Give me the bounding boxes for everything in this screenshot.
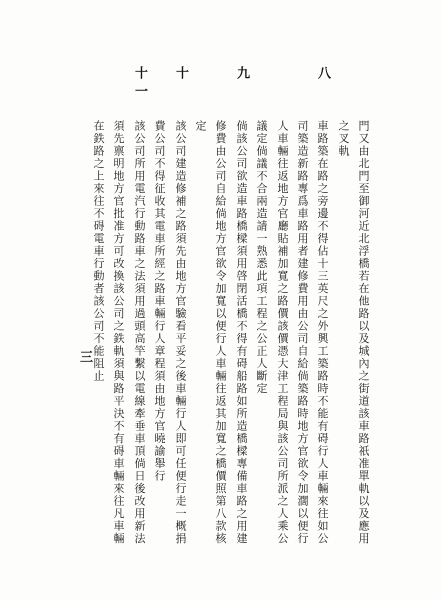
text-column: 門又由北門至御河近北浮橋若在他路以及城內之街道該車路祇准單軌以及應用 — [356, 120, 370, 545]
clause-number-nine: 九 — [234, 66, 250, 84]
clause-number-eight: 八 — [315, 66, 331, 84]
text-column: 該公司建造修補之路須先由地方官驗看平妥之後車輛行人即可任便行走一概捐 — [173, 120, 187, 545]
text-column: 人車輛往返地方官廳貼補加寬之路價該價憑大津工程局與該公司所派之人乘公 — [275, 120, 289, 545]
text-column: 司築造新路專爲車路用者建修費用由公司自給倘築路時地方官欲令加濶以便行 — [295, 120, 309, 545]
text-column: 之叉軌 — [336, 120, 350, 158]
text-column: 車路築在路之旁邊不得佔十三英尺之外興工築路時不能有碍行人車輛來往如公 — [315, 120, 329, 545]
text-column: 費公司不得征收其電車所經之路車輛行人章程須由地方官曉諭舉行 — [152, 120, 166, 483]
text-column: 須先禀明地方官批准方可改換該公司之鉄軌須與路平決不有碍車輛來往凡車輛 — [111, 120, 125, 545]
text-column: 修費由公司自給倘地方官欲令加寬以便行人車輛往返其加寬之橋價照第八款核 — [213, 120, 227, 545]
text-column: 在鉄路之上來往不碍電車行動者該公司不能阻止 — [91, 120, 105, 383]
document-page: 八 九 十 十一 門又由北門至御河近北浮橋若在他路以及城內之街道該車路祇准單軌以… — [0, 0, 442, 600]
clause-number-eleven: 十一 — [132, 66, 148, 102]
text-column: 定 — [193, 120, 207, 133]
text-column: 議定倘議不合兩造請一熟悉此項工程之公正人斷定 — [254, 120, 268, 395]
text-column: 該公司所用電汽行動路車之法須用過頭高竿繫以電線牽垂車頂倘日後改用新法 — [132, 120, 146, 545]
clause-number-ten: 十 — [173, 66, 189, 84]
text-column: 倘該公司欲造車路橋樑須用啓閉活橋不得有碍船路如所造橋樑專備車路之用建 — [234, 120, 248, 545]
page-number: 三 — [76, 350, 95, 363]
